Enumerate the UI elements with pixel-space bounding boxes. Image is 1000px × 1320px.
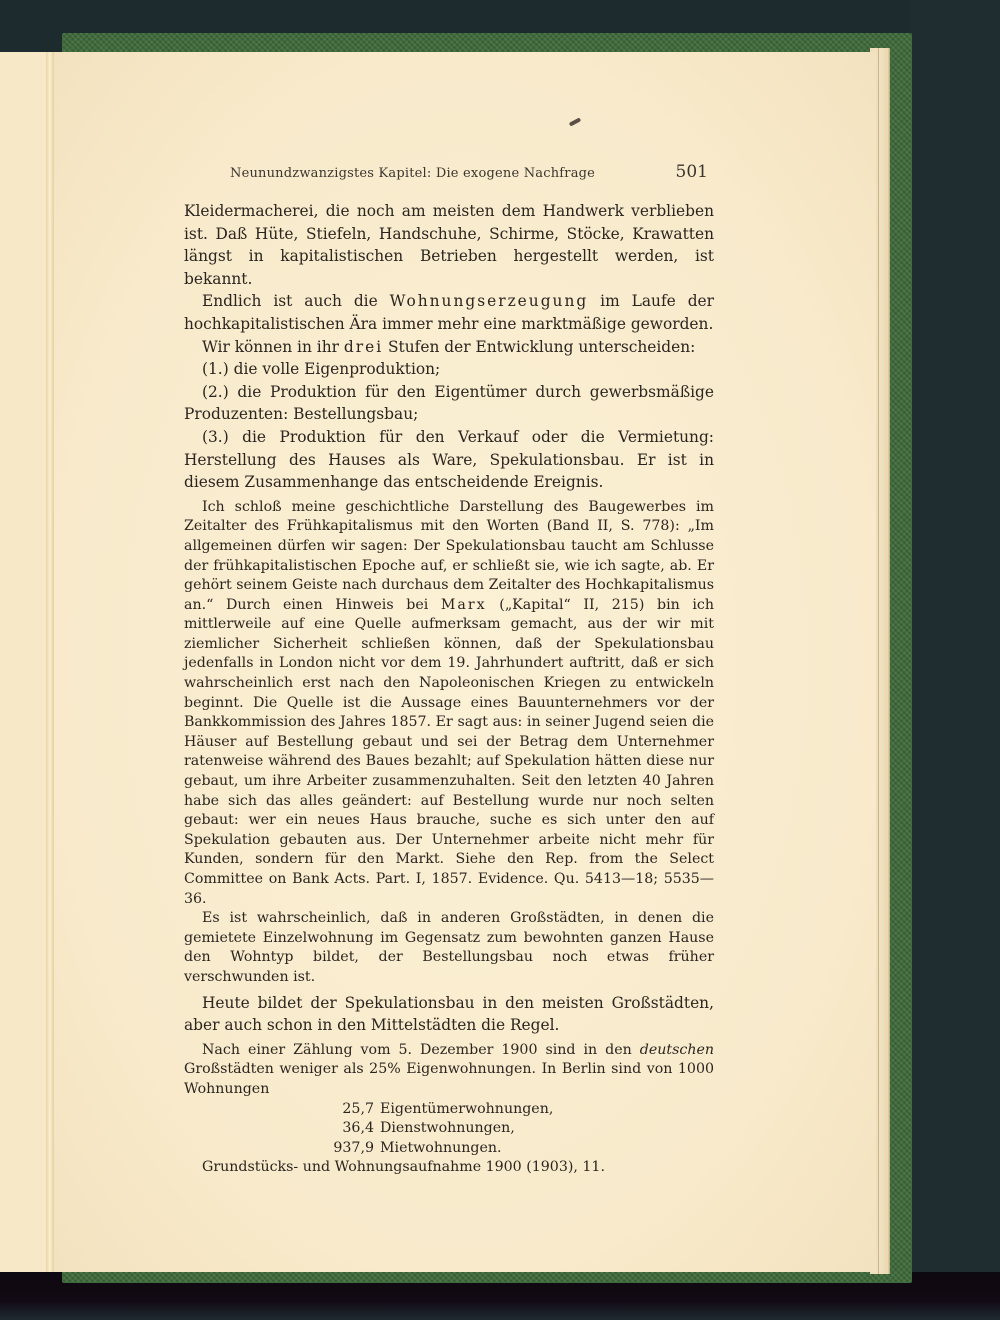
note-paragraph: Nach einer Zählung vom 5. Dezember 1900 … <box>184 1041 714 1100</box>
book-gutter <box>46 52 54 1272</box>
paragraph: Heute bildet der Spekulationsbau in den … <box>184 992 714 1037</box>
stat-row: 937,9Mietwohnungen. <box>184 1139 714 1159</box>
paragraph: Endlich ist auch die Wohnungserzeugung i… <box>184 290 714 335</box>
emphasis-spaced: Wohnungserzeugung <box>390 292 589 310</box>
note-paragraph: Ich schloß meine geschichtliche Darstell… <box>184 498 714 909</box>
paragraph: Wir können in ihr drei Stufen der Entwic… <box>184 336 714 359</box>
list-item: (2.) die Produktion für den Eigentümer d… <box>184 381 714 426</box>
source-citation: Grundstücks- und Wohnungsaufnahme 1900 (… <box>184 1158 714 1178</box>
page-number: 501 <box>676 162 708 182</box>
emphasis-spaced: drei <box>344 338 383 356</box>
main-text: Kleidermacherei, die noch am meisten dem… <box>184 200 714 1178</box>
emphasis-italic: deutschen <box>640 1042 714 1058</box>
list-item: (1.) die volle Eigenproduktion; <box>184 358 714 381</box>
stat-row: 36,4Dienstwohnungen, <box>184 1119 714 1139</box>
housing-stats: 25,7Eigentümerwohnungen, 36,4Dienstwohnu… <box>184 1100 714 1159</box>
list-item: (3.) die Produktion für den Verkauf oder… <box>184 426 714 494</box>
stat-row: 25,7Eigentümerwohnungen, <box>184 1100 714 1120</box>
note-paragraph: Es ist wahrscheinlich, daß in anderen Gr… <box>184 909 714 987</box>
emphasis-spaced: Marx <box>441 597 487 613</box>
running-title: Neunundzwanzigstes Kapitel: Die exogene … <box>230 166 595 181</box>
book-cover-right <box>910 0 1000 1320</box>
left-page-edge <box>0 52 51 1272</box>
running-head: Neunundzwanzigstes Kapitel: Die exogene … <box>230 162 708 182</box>
paragraph: Kleidermacherei, die noch am meisten dem… <box>184 200 714 290</box>
